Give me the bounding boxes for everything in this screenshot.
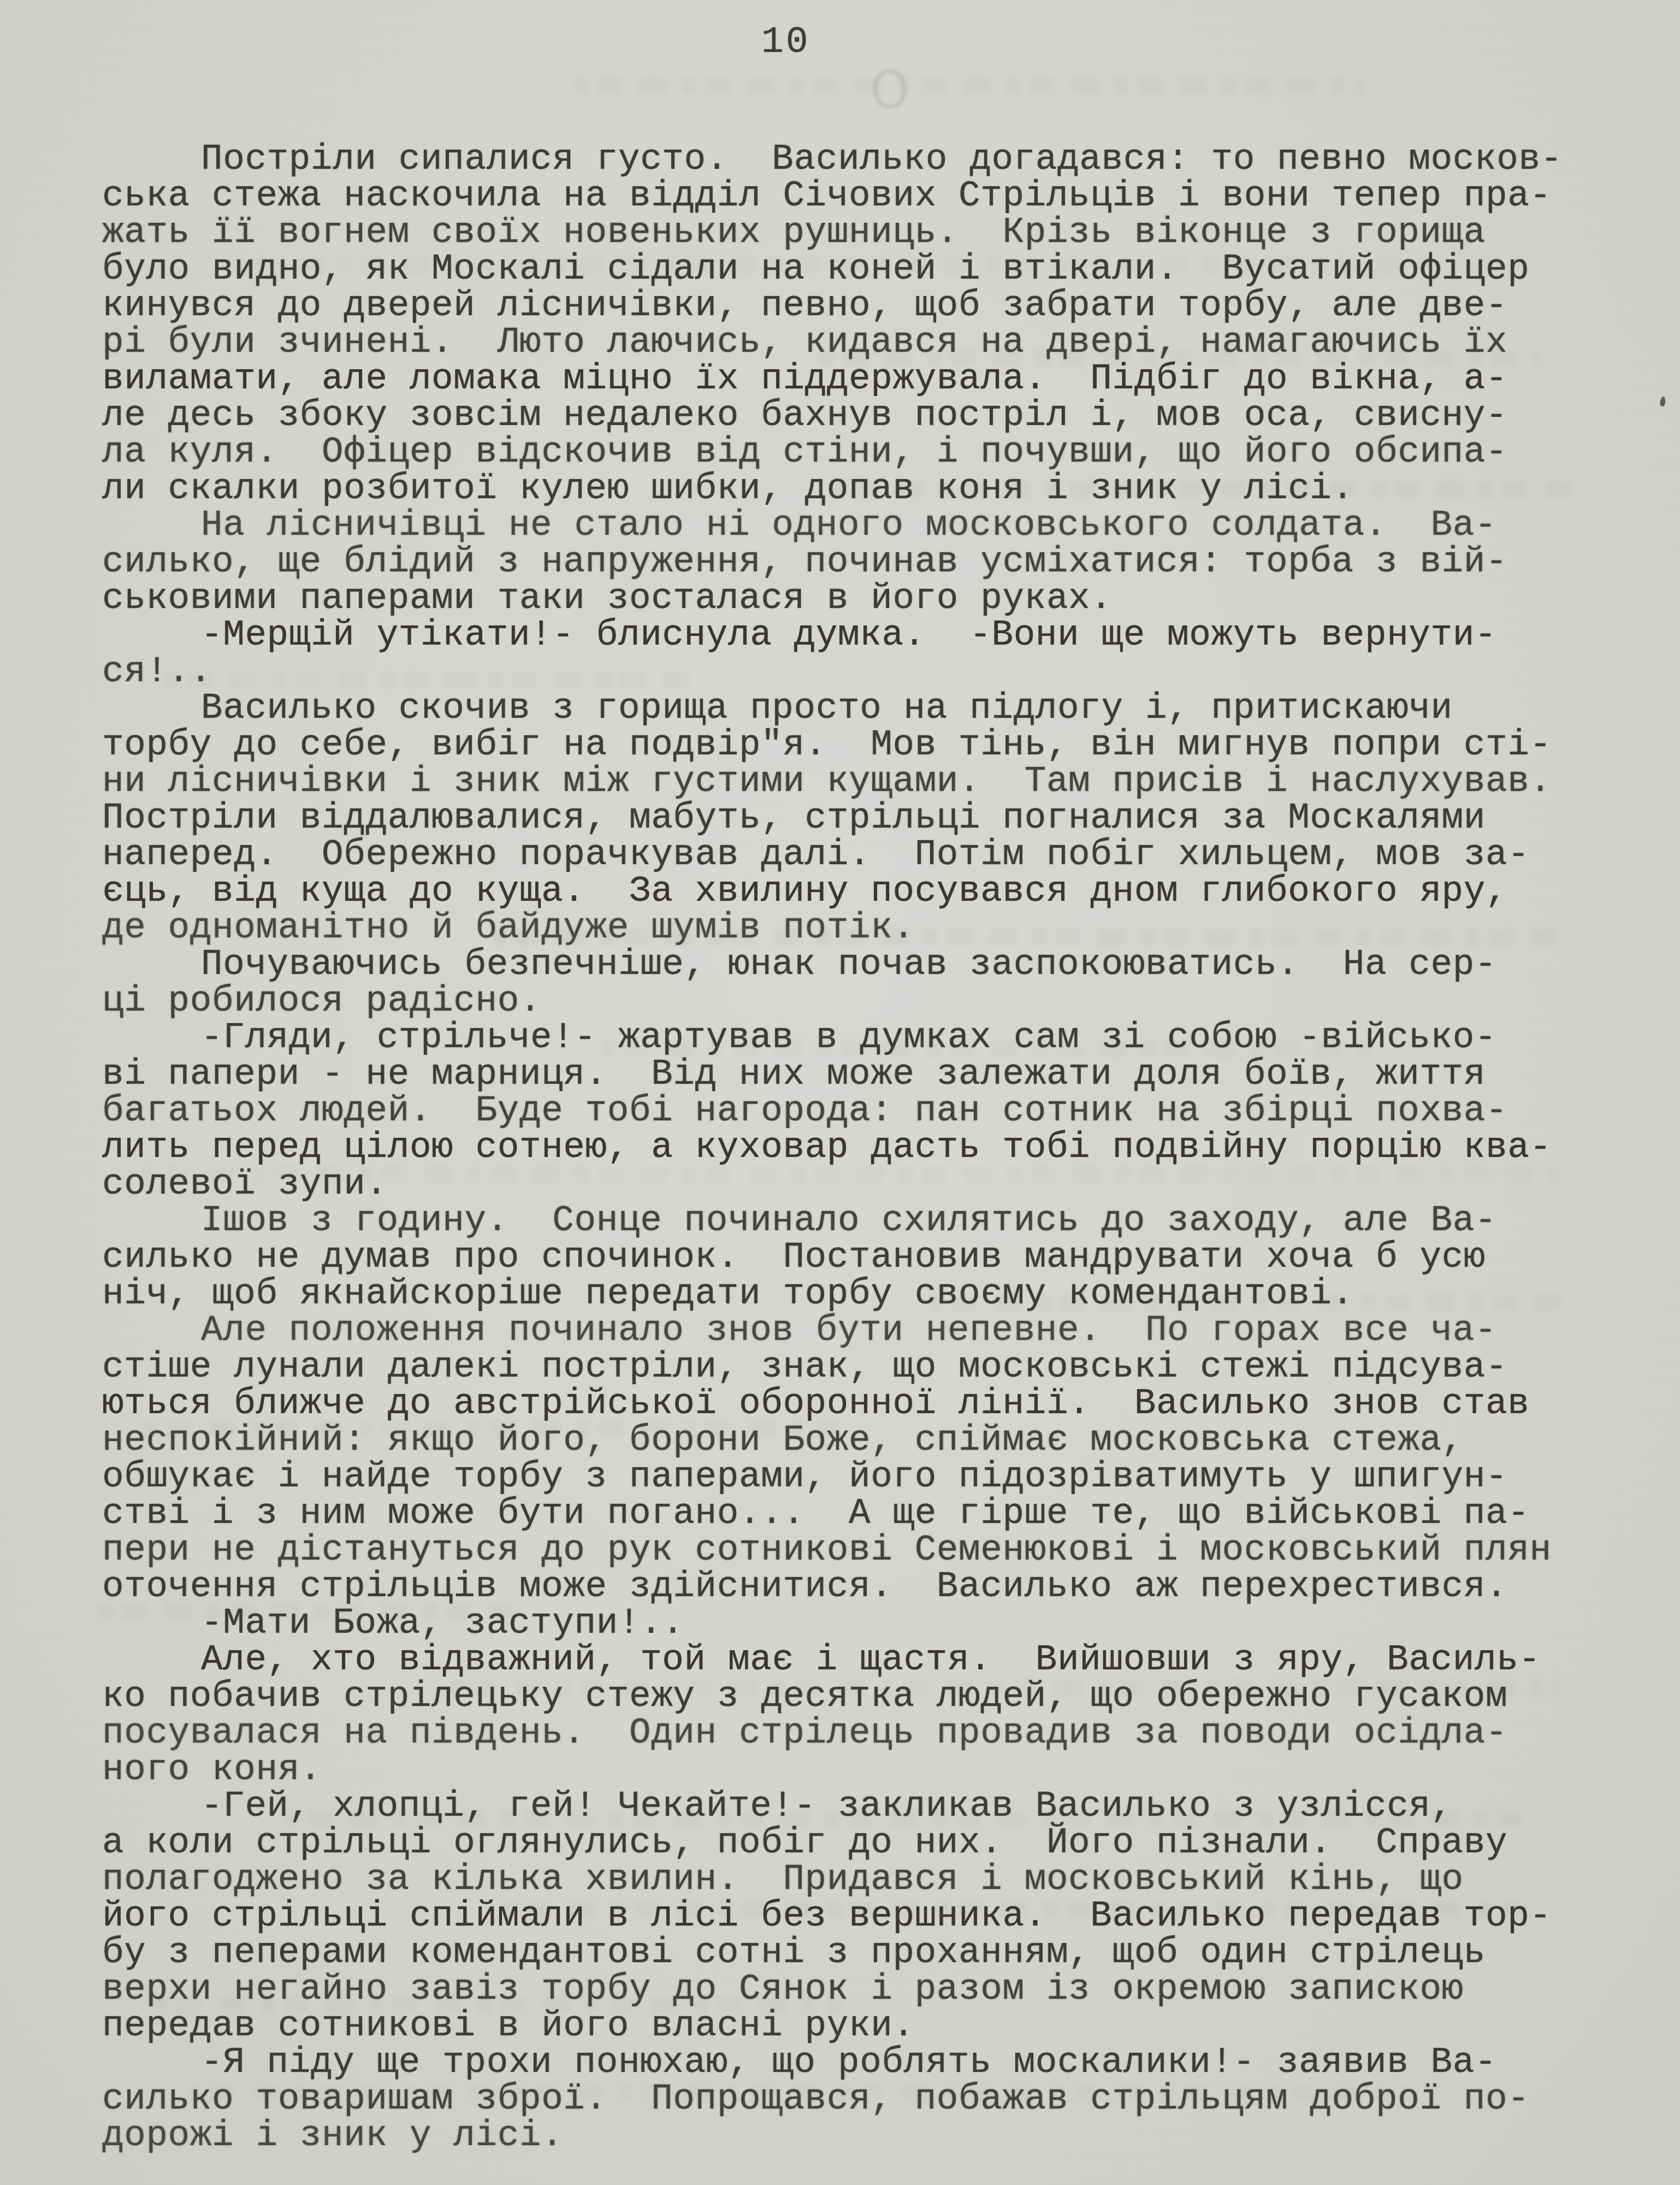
text-line: На лісничівці не стало ні одного московс… — [102, 507, 1620, 544]
ink-bleed-artifact — [573, 78, 1365, 94]
text-line: стіше лунали далекі постріли, знак, що м… — [102, 1349, 1620, 1385]
text-line: Ішов з годину. Сонце починало схилятись … — [102, 1202, 1620, 1239]
text-line: дорожі і зник у лісі. — [102, 2117, 1620, 2154]
text-line: обшукає і найде торбу з паперами, його п… — [102, 1458, 1620, 1495]
text-line: солевої зупи. — [102, 1166, 1620, 1202]
text-line: його стрільці спіймали в лісі без вершни… — [102, 1898, 1620, 1934]
text-line: ле десь збоку зовсім недалеко бахнув пос… — [102, 397, 1620, 434]
text-line: єць, від куща до куща. За хвилину посува… — [102, 873, 1620, 910]
text-line: силько, ще блідий з напруження, починав … — [102, 544, 1620, 580]
text-line: ни лісничівки і зник між густими кущами.… — [102, 763, 1620, 800]
text-line: Василько скочив з горища просто на підло… — [102, 690, 1620, 727]
text-line: ного коня. — [102, 1751, 1620, 1788]
text-line: ніч, щоб якнайскоріше передати торбу сво… — [102, 1275, 1620, 1312]
text-line: торбу до себе, вибіг на подвір"я. Мов ті… — [102, 727, 1620, 763]
text-line: -Мати Божа, заступи!.. — [102, 1605, 1620, 1641]
scanned-typewritten-page: 10 Постріли сипалися густо. Василько дог… — [0, 0, 1680, 2185]
text-line: бу з пеперами комендантові сотні з проха… — [102, 1934, 1620, 1971]
page-number: 10 — [761, 23, 811, 62]
text-line: наперед. Обережно порачкував далі. Потім… — [102, 836, 1620, 873]
text-line: силько не думав про спочинок. Постановив… — [102, 1239, 1620, 1275]
text-line: Але, хто відважний, той має і щастя. Вий… — [102, 1641, 1620, 1678]
text-line: Почуваючись безпечніше, юнак почав заспо… — [102, 946, 1620, 983]
text-line: оточення стрільців може здійснитися. Вас… — [102, 1568, 1620, 1605]
text-line: а коли стрільці оглянулись, побіг до них… — [102, 1824, 1620, 1861]
text-line: неспокійний: якщо його, борони Боже, спі… — [102, 1422, 1620, 1458]
text-line: ськовими паперами таки зосталася в його … — [102, 580, 1620, 617]
text-line: -Я піду ще трохи понюхаю, що роблять мос… — [102, 2044, 1620, 2081]
text-line: ються ближче до австрійської оборонної л… — [102, 1385, 1620, 1422]
text-line: ся!.. — [102, 653, 1620, 690]
text-line: ко побачив стрілецьку стежу з десятка лю… — [102, 1678, 1620, 1715]
text-line: багатьох людей. Буде тобі нагорода: пан … — [102, 1092, 1620, 1129]
text-line: лить перед цілою сотнею, а куховар дасть… — [102, 1129, 1620, 1166]
text-line: Але положення починало знов бути непевне… — [102, 1312, 1620, 1349]
text-line: ві папери - не марниця. Від них може зал… — [102, 1056, 1620, 1092]
text-line: Постріли сипалися густо. Василько догада… — [102, 141, 1620, 178]
text-line: було видно, як Москалі сідали на коней і… — [102, 251, 1620, 287]
text-line: полагоджено за кілька хвилин. Придався і… — [102, 1861, 1620, 1898]
ink-speck-artifact — [1660, 397, 1666, 407]
text-line: пери не дістануться до рук сотникові Сем… — [102, 1532, 1620, 1568]
text-line: ли скалки розбитої кулею шибки, допав ко… — [102, 470, 1620, 507]
text-line: кинувся до дверей лісничівки, певно, щоб… — [102, 287, 1620, 324]
text-line: стві і з ним може бути погано... А ще гі… — [102, 1495, 1620, 1532]
ink-bleed-ring-artifact — [873, 69, 907, 109]
text-line: силько товаришам зброї. Попрощався, поба… — [102, 2081, 1620, 2117]
text-line: рі були зчинені. Люто лаючись, кидався н… — [102, 324, 1620, 361]
text-line: посувалася на південь. Один стрілець про… — [102, 1715, 1620, 1751]
typewritten-text-block: Постріли сипалися густо. Василько догада… — [102, 141, 1620, 2154]
text-line: Постріли віддалювалися, мабуть, стрільці… — [102, 800, 1620, 836]
text-line: передав сотникові в його власні руки. — [102, 2007, 1620, 2044]
text-line: -Гей, хлопці, гей! Чекайте!- закликав Ва… — [102, 1788, 1620, 1824]
text-line: верхи негайно завіз торбу до Сянок і раз… — [102, 1971, 1620, 2007]
text-line: жать її вогнем своїх новеньких рушниць. … — [102, 214, 1620, 251]
text-line: де одноманітно й байдуже шумів потік. — [102, 910, 1620, 946]
text-line: ці робилося радісно. — [102, 983, 1620, 1019]
text-line: ська стежа наскочила на відділ Січових С… — [102, 178, 1620, 214]
text-line: -Гляди, стрільче!- жартував в думках сам… — [102, 1019, 1620, 1056]
text-line: -Мерщій утікати!- блиснула думка. -Вони … — [102, 617, 1620, 653]
text-line: виламати, але ломака міцно їх піддержува… — [102, 361, 1620, 397]
text-line: ла куля. Офіцер відскочив від стіни, і п… — [102, 434, 1620, 470]
